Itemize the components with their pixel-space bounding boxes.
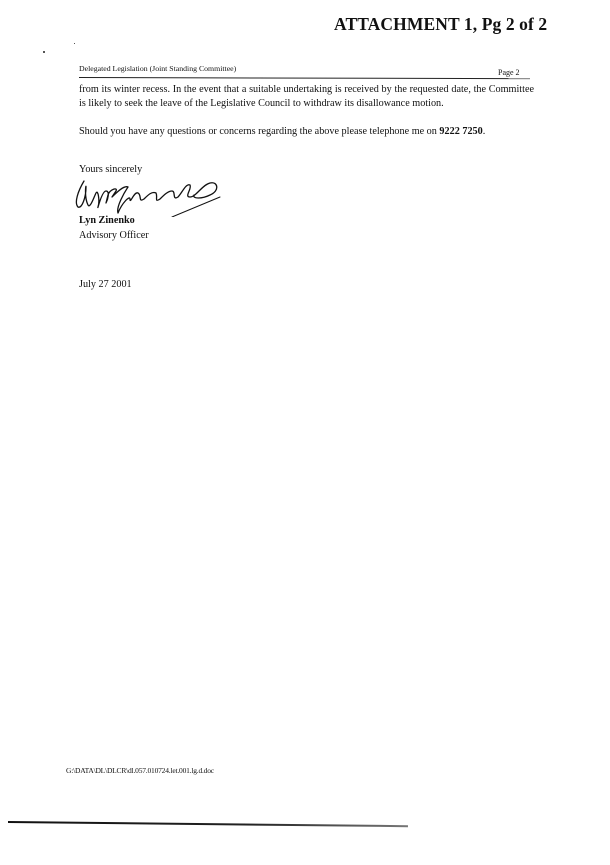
closing-salutation: Yours sincerely [79, 164, 142, 175]
body-paragraph-2: Should you have any questions or concern… [79, 125, 534, 139]
scan-speck [74, 43, 75, 44]
paragraph-2-end: . [483, 126, 486, 137]
running-header-title: Delegated Legislation (Joint Standing Co… [79, 64, 236, 73]
signature-icon [72, 177, 242, 217]
paragraph-2-text: Should you have any questions or concern… [79, 126, 439, 137]
scan-speck [43, 51, 45, 53]
letter-date: July 27 2001 [79, 279, 132, 290]
signatory-title: Advisory Officer [79, 230, 149, 241]
header-rule [79, 77, 530, 79]
bottom-rule [8, 821, 408, 827]
phone-number: 9222 7250 [439, 126, 482, 137]
page-number: Page 2 [498, 68, 520, 77]
signatory-name: Lyn Zinenko [79, 215, 135, 226]
attachment-label: ATTACHMENT 1, Pg 2 of 2 [334, 14, 547, 35]
body-paragraph-1: from its winter recess. In the event tha… [79, 83, 534, 110]
file-path: G:\DATA\DL\DLCR\dl.057.010724.let.001.lg… [66, 766, 214, 775]
